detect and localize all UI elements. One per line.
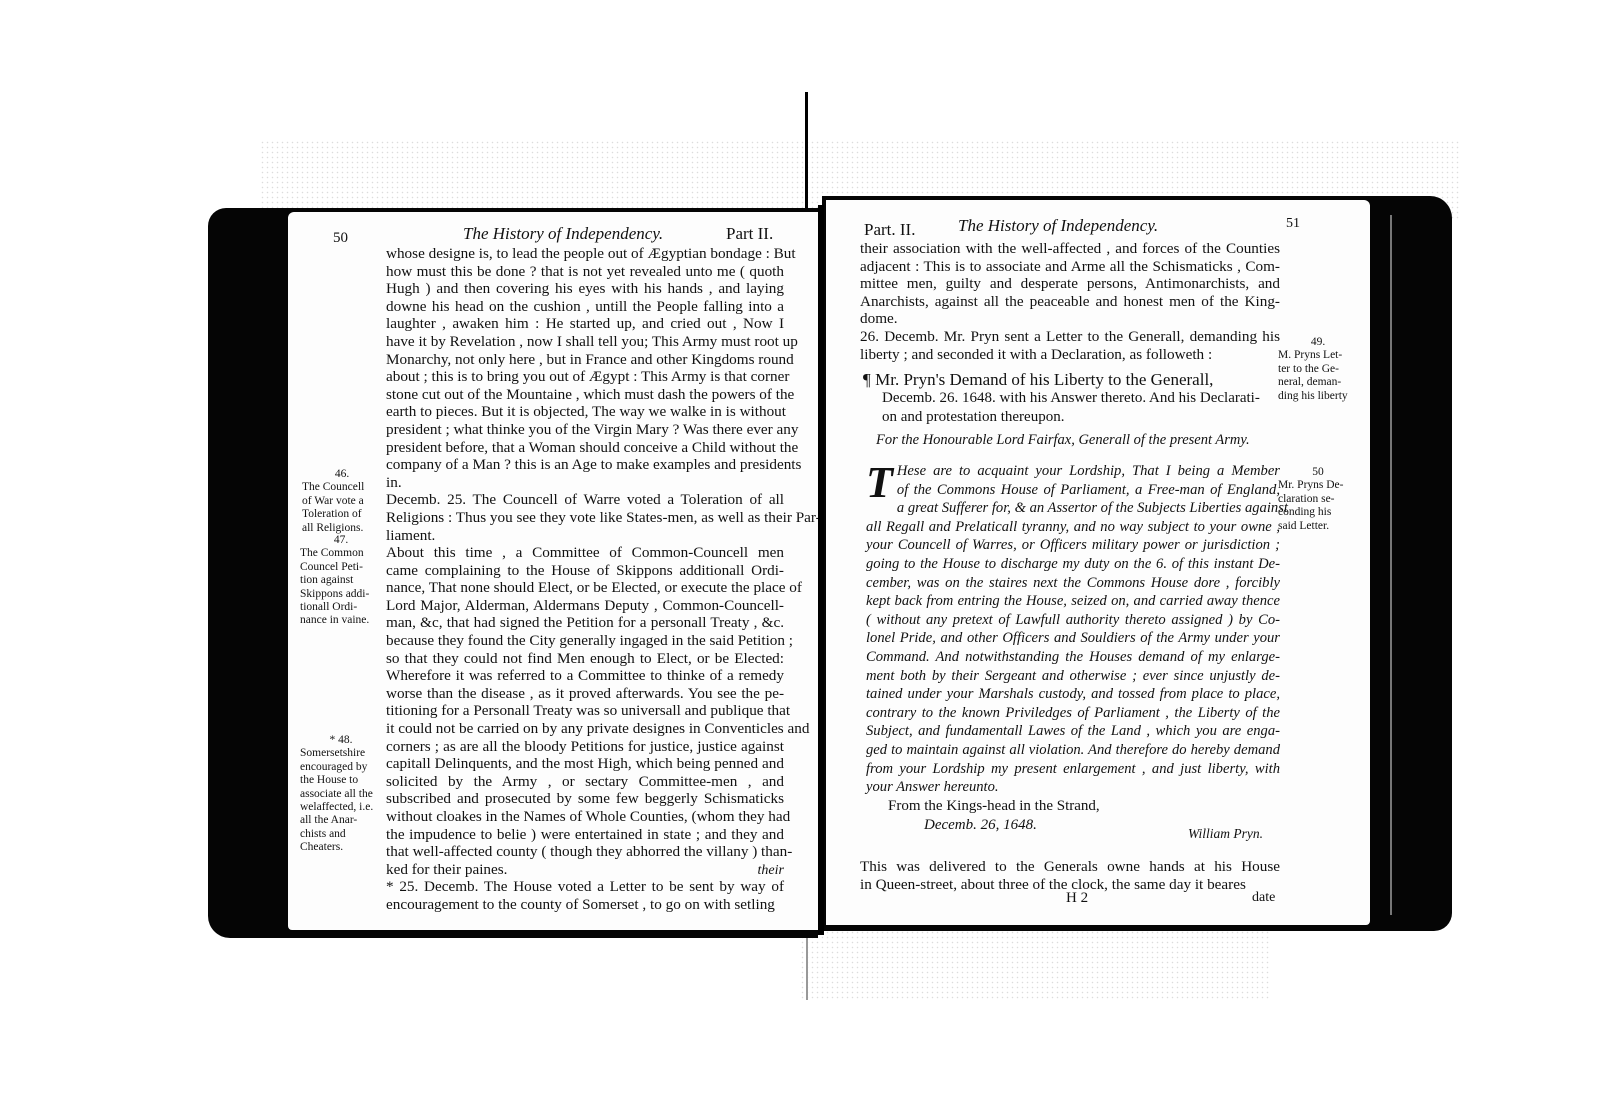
right-page-number: 51 bbox=[1286, 216, 1300, 232]
text-line: dome. bbox=[860, 310, 1280, 328]
signature-mark: H 2 bbox=[1066, 890, 1088, 907]
scan-noise-bottom-right bbox=[800, 930, 1270, 1000]
margin-note-49: 49.M. Pryns Let-ter to the Ge-neral, dem… bbox=[1278, 336, 1358, 403]
margin-note-line: Councel Peti- bbox=[300, 561, 382, 574]
margin-note-line: all the Anar- bbox=[300, 814, 382, 827]
margin-note-number: 49. bbox=[1278, 336, 1358, 349]
text-line: because they found the City generally in… bbox=[386, 632, 784, 650]
letter-address: For the Honourable Lord Fairfax, General… bbox=[876, 432, 1250, 449]
text-line: Religions : Thus you see they vote like … bbox=[386, 509, 784, 527]
text-line: corners ; as are all the bloody Petition… bbox=[386, 738, 784, 756]
letter-date: Decemb. 26, 1648. bbox=[924, 817, 1037, 834]
margin-note-47: 47.The CommonCouncel Peti-tion againstSk… bbox=[300, 534, 382, 628]
text-line: nance, That none should Elect, or be Ele… bbox=[386, 579, 784, 597]
margin-note-line: tion against bbox=[300, 574, 382, 587]
margin-note-line: associate all the bbox=[300, 788, 382, 801]
letter-line: kept back from entring the House, seized… bbox=[866, 592, 1280, 611]
text-line: titioning for a Personall Treaty was so … bbox=[386, 702, 784, 720]
margin-note-line: ding his liberty bbox=[1278, 390, 1358, 403]
letter-line: ged to maintain against all violation. A… bbox=[866, 741, 1280, 760]
text-line: downe his head on the cushion , untill t… bbox=[386, 298, 784, 316]
letter-line: a great Sufferer for, & an Assertor of t… bbox=[866, 499, 1280, 518]
left-page: 50 The History of Independency. Part II.… bbox=[288, 212, 818, 930]
text-line: earth to pieces. But it is objected, The… bbox=[386, 403, 784, 421]
letter-line: Subject, and fundamentall Lawes of the L… bbox=[866, 722, 1280, 741]
gutter bbox=[818, 205, 824, 935]
text-line: it could not be carried on by any privat… bbox=[386, 720, 784, 738]
margin-note-46: 46.The Councellof War vote aToleration o… bbox=[302, 468, 382, 535]
letter-line: from your Lordship my present enlargemen… bbox=[866, 760, 1280, 779]
text-line: This was delivered to the Generals owne … bbox=[860, 858, 1280, 876]
margin-note-line: The Common bbox=[300, 547, 382, 560]
margin-note-line: neral, deman- bbox=[1278, 376, 1358, 389]
margin-note-line: M. Pryns Let- bbox=[1278, 349, 1358, 362]
text-line: their association with the well-affected… bbox=[860, 240, 1280, 258]
margin-note-line: Somersetshire bbox=[300, 747, 382, 760]
margin-note-number: 50 bbox=[1278, 466, 1358, 479]
margin-note-line: Mr. Pryns De- bbox=[1278, 479, 1358, 492]
left-part-label: Part II. bbox=[726, 224, 773, 244]
text-line: came complaining to the House of Skippon… bbox=[386, 562, 784, 580]
letter-line: lonel Pride, and other Officers and Soul… bbox=[866, 629, 1280, 648]
letter-line: going to the House to discharge my duty … bbox=[866, 555, 1280, 574]
margin-note-line: claration se- bbox=[1278, 493, 1358, 506]
text-line: worse than the disease , as it proved af… bbox=[386, 685, 784, 703]
letter-line: tained under your Marshals custody, and … bbox=[866, 685, 1280, 704]
margin-note-line: welaffected, i.e. bbox=[300, 801, 382, 814]
margin-note-line: Cheaters. bbox=[300, 841, 382, 854]
text-line: stone cut out of the Mountaine , which m… bbox=[386, 386, 784, 404]
margin-note-line: Toleration of bbox=[302, 508, 382, 521]
margin-note-line: encouraged by bbox=[300, 761, 382, 774]
margin-note-line: The Councell bbox=[302, 481, 382, 494]
text-line: mittee men, guilty and desperate persons… bbox=[860, 275, 1280, 293]
text-line: whose designe is, to lead the people out… bbox=[386, 245, 784, 263]
text-line: about ; this is to bring you out of Ægyp… bbox=[386, 368, 784, 386]
margin-note-line: the House to bbox=[300, 774, 382, 787]
left-catchword: their bbox=[386, 863, 784, 879]
letter-line: of the Commons House of Parliament, a Fr… bbox=[866, 481, 1280, 500]
letter-line: contrary to the known Priviledges of Par… bbox=[866, 704, 1280, 723]
margin-note-line: tionall Ordi- bbox=[300, 601, 382, 614]
letter-line: Command. And notwithstanding the Houses … bbox=[866, 648, 1280, 667]
text-line: Lord Major, Alderman, Aldermans Deputy ,… bbox=[386, 597, 784, 615]
margin-note-number: 46. bbox=[302, 468, 382, 481]
letter-body: THese are to acquaint your Lordship, Tha… bbox=[866, 462, 1280, 797]
spine-marker-bottom bbox=[806, 930, 808, 1000]
text-line: Monarchy, not only here , but in France … bbox=[386, 351, 784, 369]
right-page: Part. II. The History of Independency. 5… bbox=[826, 200, 1370, 925]
margin-note-number: 47. bbox=[300, 534, 382, 547]
text-line: adjacent : This is to associate and Arme… bbox=[860, 258, 1280, 276]
letter-line: ( without any pretext of Lawfull authori… bbox=[866, 611, 1280, 630]
spine-marker-top bbox=[805, 92, 808, 210]
left-body-text: whose designe is, to lead the people out… bbox=[386, 245, 784, 914]
right-body-text-top: their association with the well-affected… bbox=[860, 240, 1280, 363]
text-line: Wherefore it was referred to a Committee… bbox=[386, 667, 784, 685]
text-line: man, &c, that had signed the Petition fo… bbox=[386, 614, 784, 632]
text-line: Hugh ) and then covering his eyes with h… bbox=[386, 280, 784, 298]
text-line: so that they could not find Men enough t… bbox=[386, 650, 784, 668]
right-catchword: date bbox=[1252, 890, 1275, 906]
margin-note-line: chists and bbox=[300, 828, 382, 841]
text-line: how must this be done ? that is not yet … bbox=[386, 263, 784, 281]
left-page-number: 50 bbox=[333, 230, 348, 247]
pilcrow-icon: ¶ bbox=[862, 370, 871, 389]
text-line: president before, that a Woman should co… bbox=[386, 439, 784, 457]
letter-signature: William Pryn. bbox=[1188, 826, 1263, 842]
margin-note-line: of War vote a bbox=[302, 495, 382, 508]
text-line: that well-affected county ( though they … bbox=[386, 843, 784, 861]
margin-note-line: conding his bbox=[1278, 506, 1358, 519]
text-line: in. bbox=[386, 474, 784, 492]
margin-note-line: Skippons addi- bbox=[300, 588, 382, 601]
letter-line: cember, was on the staires next the Comm… bbox=[866, 574, 1280, 593]
letter-line: all Regall and Prelaticall tyranny, and … bbox=[866, 518, 1280, 537]
left-running-head: The History of Independency. bbox=[463, 224, 663, 244]
margin-note-number: * 48. bbox=[300, 734, 382, 747]
text-line: laughter , awaken him : He started up, a… bbox=[386, 315, 784, 333]
section-heading: ¶ Mr. Pryn's Demand of his Liberty to th… bbox=[862, 370, 1282, 427]
right-body-text-bottom: This was delivered to the Generals owne … bbox=[860, 858, 1280, 893]
text-line: encouragement to the county of Somerset … bbox=[386, 896, 784, 914]
text-line: liberty ; and seconded it with a Declara… bbox=[860, 346, 1280, 364]
dropcap: T bbox=[866, 465, 893, 501]
margin-note-line: nance in vaine. bbox=[300, 614, 382, 627]
text-line: * 25. Decemb. The House voted a Letter t… bbox=[386, 878, 784, 896]
cover-edge-highlight bbox=[1390, 215, 1392, 915]
letter-line: your Councell of Warres, or Officers mil… bbox=[866, 536, 1280, 555]
text-line: president ; what thinke you of the Virgi… bbox=[386, 421, 784, 439]
text-line: 26. Decemb. Mr. Pryn sent a Letter to th… bbox=[860, 328, 1280, 346]
text-line: About this time , a Committee of Common-… bbox=[386, 544, 784, 562]
text-line: Anarchists, against all the peaceable an… bbox=[860, 293, 1280, 311]
text-line: Decemb. 25. The Councell of Warre voted … bbox=[386, 491, 784, 509]
text-line: the impudence to belie ) were entertaine… bbox=[386, 826, 784, 844]
right-running-head: The History of Independency. bbox=[958, 216, 1158, 236]
letter-line: ment both by their Sergeant and otherwis… bbox=[866, 667, 1280, 686]
margin-note-50: 50Mr. Pryns De-claration se-conding hiss… bbox=[1278, 466, 1358, 533]
margin-note-line: said Letter. bbox=[1278, 520, 1358, 533]
text-line: solicited by the Army , or sectary Commi… bbox=[386, 773, 784, 791]
letter-from: From the Kings-head in the Strand, bbox=[888, 798, 1100, 815]
letter-line: your Answer hereunto. bbox=[866, 778, 1280, 797]
text-line: liament. bbox=[386, 527, 784, 545]
text-line: subscribed and prosecuted by some few be… bbox=[386, 790, 784, 808]
text-line: without cloakes in the Names of Whole Co… bbox=[386, 808, 784, 826]
margin-note-48: * 48.Somersetshireencouraged bythe House… bbox=[300, 734, 382, 855]
right-part-label: Part. II. bbox=[864, 220, 915, 240]
margin-note-line: ter to the Ge- bbox=[1278, 363, 1358, 376]
text-line: have it by Revelation , now I shall tell… bbox=[386, 333, 784, 351]
text-line: company of a Man ? this is an Age to mak… bbox=[386, 456, 784, 474]
letter-line: Hese are to acquaint your Lordship, That… bbox=[866, 462, 1280, 481]
text-line: capitall Delinquents, and the most High,… bbox=[386, 755, 784, 773]
